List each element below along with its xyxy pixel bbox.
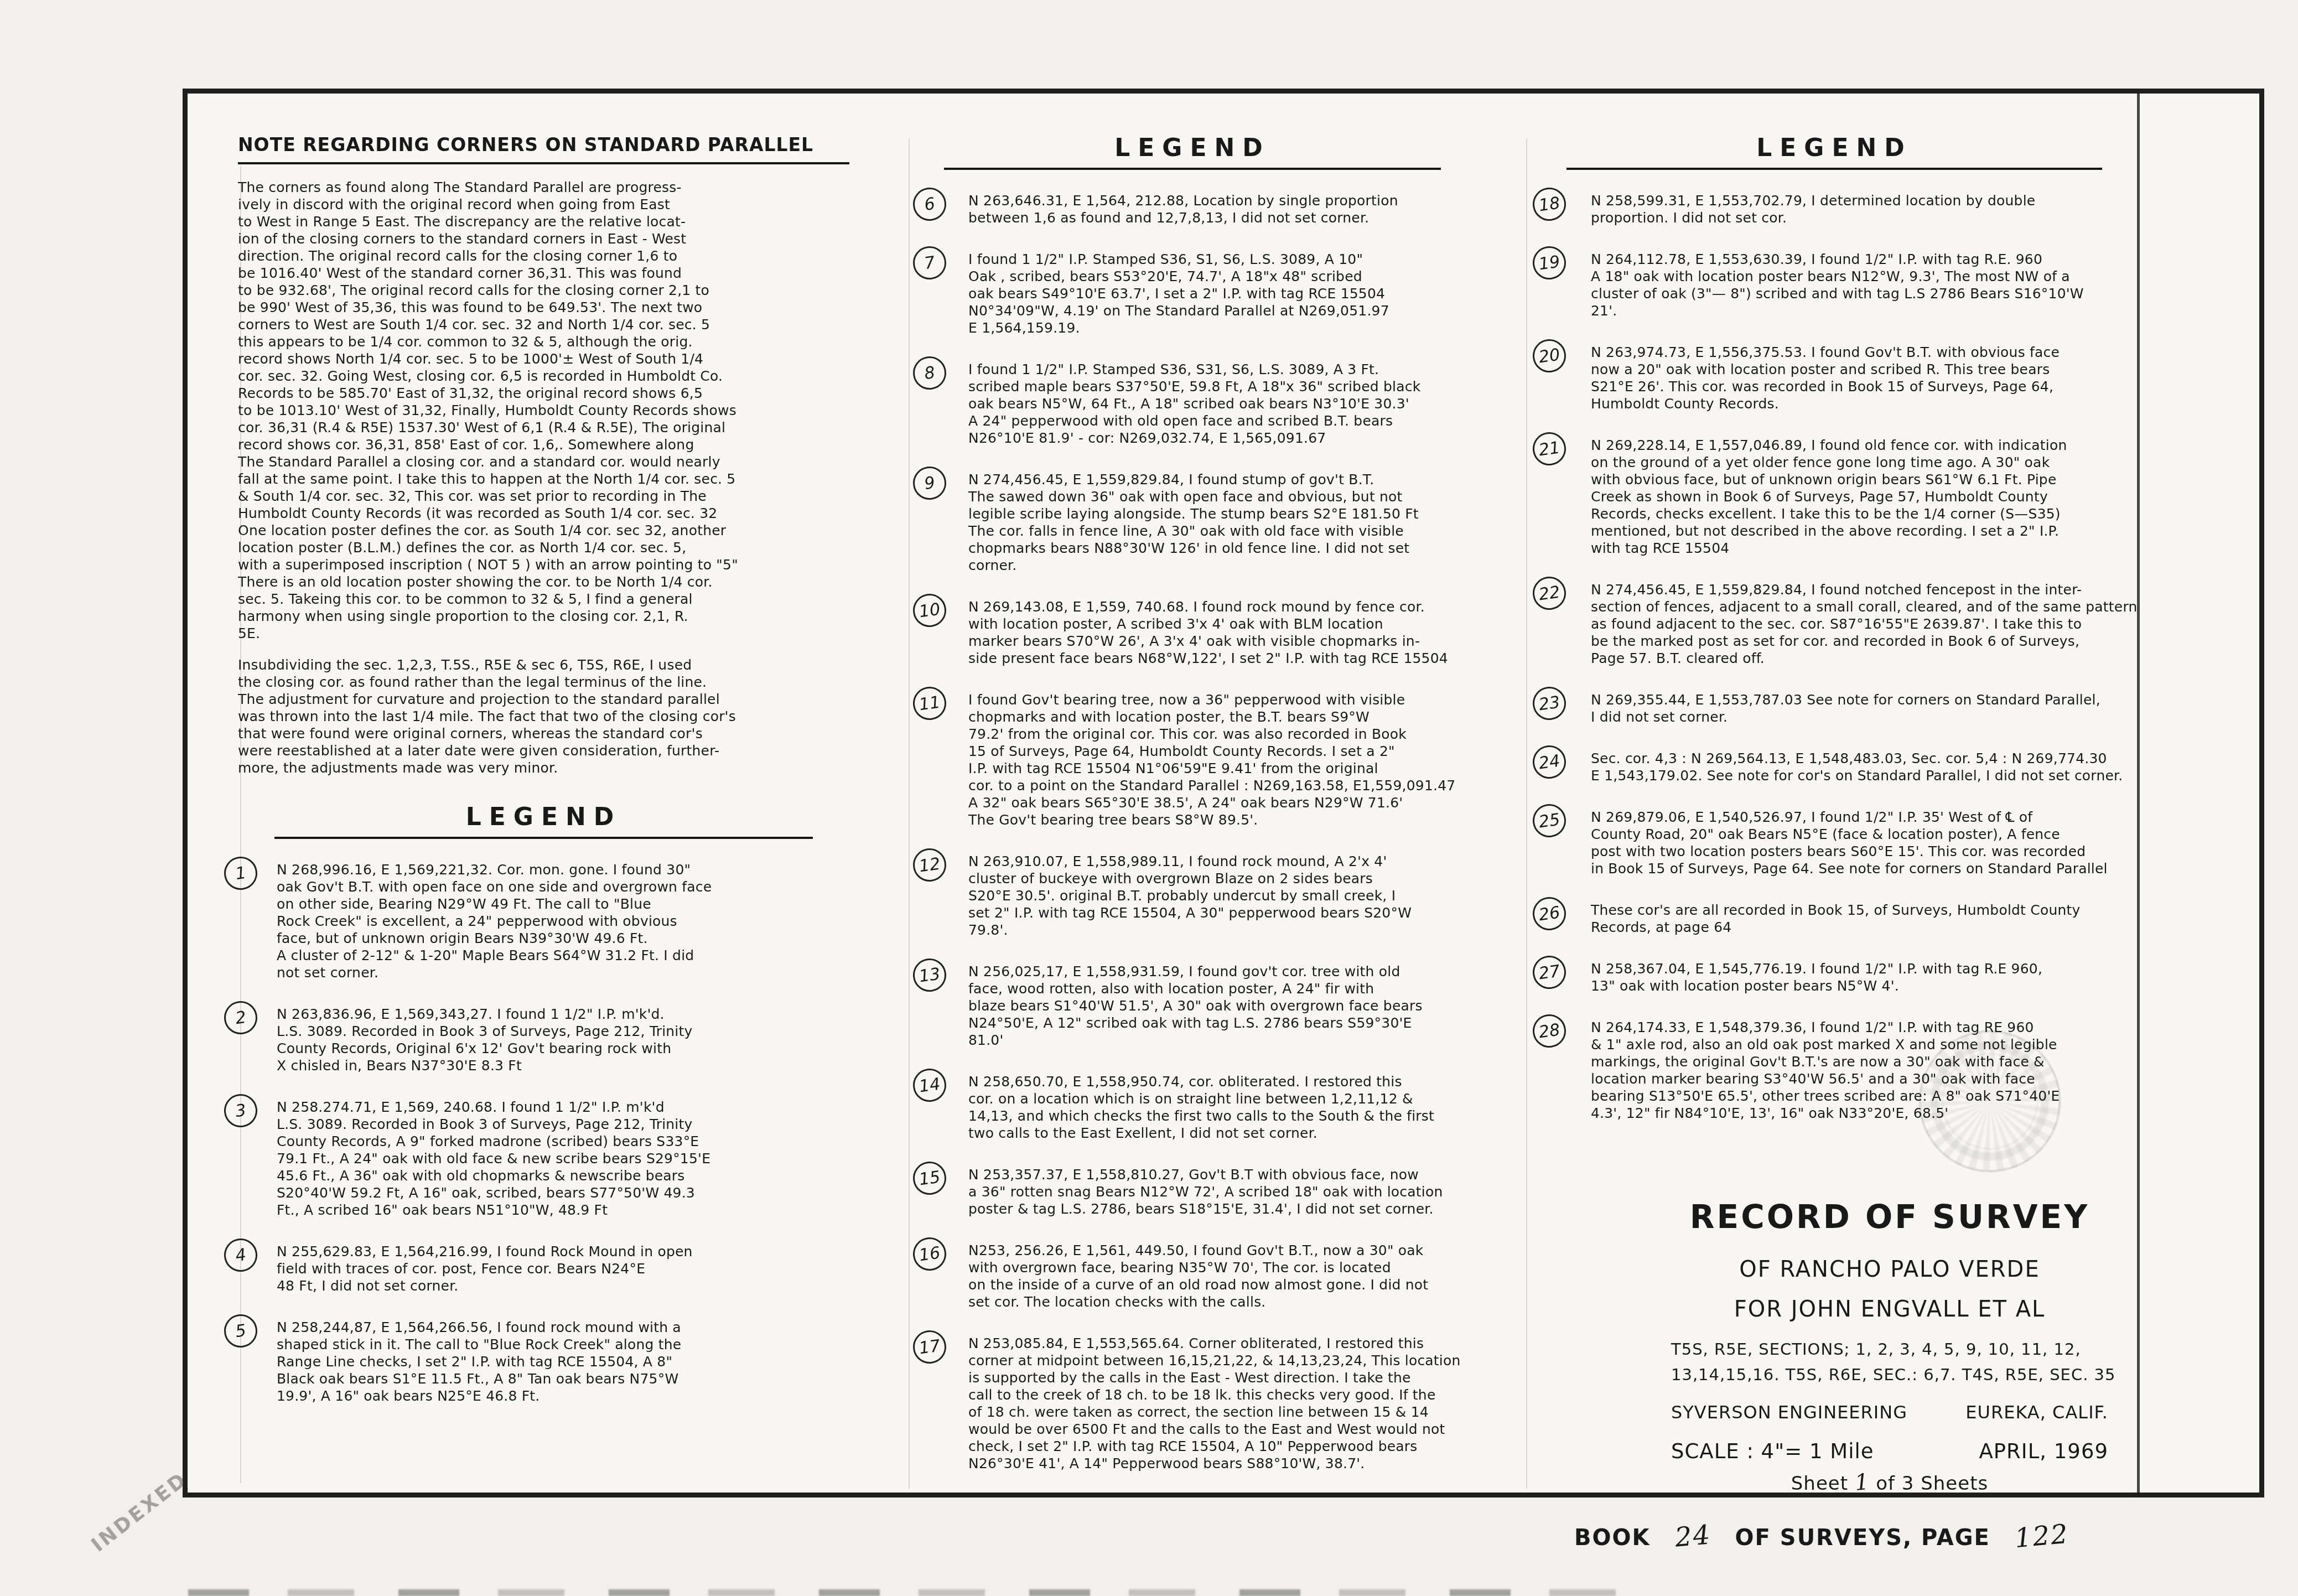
legend-item-text: N253, 256.26, E 1,561, 449.50, I found G…: [968, 1242, 1475, 1310]
text-line: N24°50'E, A 12" scribed oak with tag L.S…: [968, 1014, 1475, 1032]
text-line: N26°10'E 81.9' - cor: N269,032.74, E 1,5…: [968, 429, 1475, 447]
item-number-circle: 16: [911, 1235, 948, 1273]
text-line: post with two location posters bears S60…: [1591, 843, 2139, 860]
text-line: These cor's are all recorded in Book 15,…: [1591, 901, 2139, 919]
legend-item-16: 16N253, 256.26, E 1,561, 449.50, I found…: [968, 1242, 1475, 1310]
left-column: NOTE REGARDING CORNERS ON STANDARD PARAL…: [238, 134, 849, 1429]
text-line: corner.: [968, 557, 1475, 574]
text-line: 21'.: [1591, 302, 2139, 319]
indexed-stamp: INDEXED: [87, 1468, 191, 1557]
legend-item-text: N 263,910.07, E 1,558,989.11, I found ro…: [968, 853, 1475, 939]
text-line: cor. to a point on the Standard Parallel…: [968, 777, 1475, 794]
legend-item-text: N 258,650.70, E 1,558,950.74, cor. oblit…: [968, 1073, 1475, 1142]
text-line: The sawed down 36" oak with open face an…: [968, 488, 1475, 505]
legend-item-2: 2N 263,836.96, E 1,569,343,27. I found 1…: [277, 1006, 849, 1074]
text-line: & South 1/4 cor. sec. 32, This cor. was …: [238, 488, 849, 505]
text-line: 5E.: [238, 625, 849, 642]
legend-item-text: N 263,646.31, E 1,564, 212.88, Location …: [968, 192, 1475, 226]
text-line: N 258,367.04, E 1,545,776.19. I found 1/…: [1591, 960, 2139, 977]
text-line: S20°E 30.5'. original B.T. probably unde…: [968, 887, 1475, 904]
text-line: to be 1013.10' West of 31,32, Finally, H…: [238, 402, 849, 419]
text-line: Rock Creek" is excellent, a 24" pepperwo…: [277, 913, 849, 930]
sections-line-1: T5S, R5E, SECTIONS; 1, 2, 3, 4, 5, 9, 10…: [1671, 1336, 2108, 1362]
text-line: 13" oak with location poster bears N5°W …: [1591, 977, 2139, 994]
legend-item-9: 9N 274,456.45, E 1,559,829.84, I found s…: [968, 471, 1475, 574]
legend-item-text: N 255,629.83, E 1,564,216.99, I found Ro…: [277, 1243, 849, 1294]
text-line: X chisled in, Bears N37°30'E 8.3 Ft: [277, 1057, 849, 1074]
legend-item-8: 8I found 1 1/2" I.P. Stamped S36, S31, S…: [968, 361, 1475, 447]
title-block: RECORD OF SURVEY OF RANCHO PALO VERDE FO…: [1671, 1198, 2108, 1495]
text-line: proportion. I did not set cor.: [1591, 209, 2139, 226]
item-number-circle: 27: [1531, 954, 1568, 991]
text-line: Creek as shown in Book 6 of Surveys, Pag…: [1591, 488, 2139, 505]
text-line: N 269,228.14, E 1,557,046.89, I found ol…: [1591, 437, 2139, 454]
item-number-circle: 26: [1531, 895, 1568, 932]
legend-item-20: 20N 263,974.73, E 1,556,375.53. I found …: [1591, 344, 2139, 412]
legend-item-text: Sec. cor. 4,3 : N 269,564.13, E 1,548,48…: [1591, 750, 2139, 784]
text-line: 48 Ft, I did not set corner.: [277, 1277, 849, 1294]
text-line: N 263,910.07, E 1,558,989.11, I found ro…: [968, 853, 1475, 870]
text-line: 79.1 Ft., A 24" oak with old face & new …: [277, 1150, 849, 1167]
legend-item-12: 12N 263,910.07, E 1,558,989.11, I found …: [968, 853, 1475, 939]
title-subtitle-2: FOR JOHN ENGVALL ET AL: [1671, 1297, 2108, 1322]
text-line: 45.6 Ft., A 36" oak with old chopmarks &…: [277, 1167, 849, 1184]
legend-left-title: LEGEND: [274, 803, 812, 839]
legend-item-text: N 263,836.96, E 1,569,343,27. I found 1 …: [277, 1006, 849, 1074]
book-number-handwritten: 24: [1673, 1519, 1712, 1553]
legend-item-text: N 269,143.08, E 1,559, 740.68. I found r…: [968, 598, 1475, 667]
text-line: N 269,879.06, E 1,540,526.97, I found 1/…: [1591, 809, 2139, 826]
text-line: N253, 256.26, E 1,561, 449.50, I found G…: [968, 1242, 1475, 1259]
text-line: would be over 6500 Ft and the calls to t…: [968, 1421, 1475, 1438]
text-line: N26°30'E 41', A 14" Pepperwood bears S88…: [968, 1455, 1475, 1472]
legend-item-13: 13N 256,025,17, E 1,558,931.59, I found …: [968, 963, 1475, 1049]
firm-city: EUREKA, CALIF.: [1965, 1402, 2108, 1423]
column-guide-line-right: [1526, 138, 1527, 1489]
text-line: field with traces of cor. post, Fence co…: [277, 1260, 849, 1277]
item-number-circle: 17: [911, 1328, 948, 1366]
text-line: harmony when using single proportion to …: [238, 608, 849, 625]
text-line: sec. 5. Takeing this cor. to be common t…: [238, 590, 849, 608]
text-line: corners to West are South 1/4 cor. sec. …: [238, 316, 849, 333]
text-line: N 269,143.08, E 1,559, 740.68. I found r…: [968, 598, 1475, 615]
text-line: Records, checks excellent. I take this t…: [1591, 505, 2139, 522]
text-line: Sec. cor. 4,3 : N 269,564.13, E 1,548,48…: [1591, 750, 2139, 767]
item-number-circle: 7: [911, 244, 948, 282]
text-line: Range Line checks, I set 2" I.P. with ta…: [277, 1353, 849, 1370]
text-line: check, I set 2" I.P. with tag RCE 15504,…: [968, 1438, 1475, 1455]
text-line: to West in Range 5 East. The discrepancy…: [238, 213, 849, 230]
text-line: cluster of oak (3"— 8") scribed and with…: [1591, 285, 2139, 302]
text-line: 14,13, and which checks the first two ca…: [968, 1107, 1475, 1125]
sheet-count-line: Sheet 1 of 3 Sheets: [1671, 1470, 2108, 1495]
text-line: Oak , scribed, bears S53°20'E, 74.7', A …: [968, 268, 1475, 285]
item-number-circle: 21: [1531, 430, 1568, 468]
engineer-seal-stamp: [1919, 1030, 2061, 1172]
legend-item-text: N 258.274.71, E 1,569, 240.68. I found 1…: [277, 1098, 849, 1219]
text-line: A 18" oak with location poster bears N12…: [1591, 268, 2139, 285]
text-line: were reestablished at a later date were …: [238, 742, 849, 759]
text-line: Records to be 585.70' East of 31,32, the…: [238, 385, 849, 402]
item-number-circle: 11: [911, 685, 948, 722]
legend-item-6: 6N 263,646.31, E 1,564, 212.88, Location…: [968, 192, 1475, 226]
text-line: blaze bears S1°40'W 51.5', A 30" oak wit…: [968, 997, 1475, 1014]
text-line: N 264,112.78, E 1,553,630.39, I found 1/…: [1591, 251, 2139, 268]
text-line: Humboldt County Records.: [1591, 395, 2139, 412]
sheet-prefix: Sheet: [1791, 1473, 1848, 1495]
legend-item-7: 7I found 1 1/2" I.P. Stamped S36, S1, S6…: [968, 251, 1475, 336]
text-line: to be 932.68', The original record calls…: [238, 282, 849, 299]
text-line: be 1016.40' West of the standard corner …: [238, 265, 849, 282]
item-number-circle: 28: [1531, 1012, 1568, 1050]
legend-left-list: 1N 268,996.16, E 1,569,221,32. Cor. mon.…: [238, 861, 849, 1405]
text-line: 81.0': [968, 1032, 1475, 1049]
text-line: Black oak bears S1°E 11.5 Ft., A 8" Tan …: [277, 1370, 849, 1387]
item-number-circle: 23: [1531, 685, 1568, 722]
text-line: record shows North 1/4 cor. sec. 5 to be…: [238, 350, 849, 367]
text-line: N 274,456.45, E 1,559,829.84, I found st…: [968, 471, 1475, 488]
record-of-survey-title: RECORD OF SURVEY: [1671, 1198, 2108, 1236]
legend-item-25: 25N 269,879.06, E 1,540,526.97, I found …: [1591, 809, 2139, 877]
middle-column: LEGEND 6N 263,646.31, E 1,564, 212.88, L…: [910, 134, 1475, 1496]
legend-item-11: 11I found Gov't bearing tree, now a 36" …: [968, 691, 1475, 828]
legend-item-3: 3N 258.274.71, E 1,569, 240.68. I found …: [277, 1098, 849, 1219]
firm-name: SYVERSON ENGINEERING: [1671, 1402, 1907, 1423]
text-line: The corners as found along The Standard …: [238, 179, 849, 196]
item-number-circle: 19: [1531, 244, 1568, 282]
text-line: with obvious face, but of unknown origin…: [1591, 471, 2139, 488]
legend-item-text: N 258,244,87, E 1,564,266.56, I found ro…: [277, 1319, 849, 1405]
text-line: cor. 36,31 (R.4 & R5E) 1537.30' West of …: [238, 419, 849, 436]
text-line: is supported by the calls in the East - …: [968, 1369, 1475, 1386]
text-line: The cor. falls in fence line, A 30" oak …: [968, 522, 1475, 540]
text-line: this appears to be 1/4 cor. common to 32…: [238, 333, 849, 350]
legend-item-27: 27N 258,367.04, E 1,545,776.19. I found …: [1591, 960, 2139, 994]
text-line: marker bears S70°W 26', A 3'x 4' oak wit…: [968, 633, 1475, 650]
text-line: Ft., A scribed 16" oak bears N51°10"W, 4…: [277, 1201, 849, 1219]
legend-item-text: N 258,599.31, E 1,553,702.79, I determin…: [1591, 192, 2139, 226]
text-line: N 253,357.37, E 1,558,810.27, Gov't B.T …: [968, 1166, 1475, 1183]
text-line: be the marked post as set for cor. and r…: [1591, 633, 2139, 650]
column-guide-line-middle: [909, 138, 910, 1489]
text-line: location poster (B.L.M.) defines the cor…: [238, 539, 849, 556]
text-line: now a 20" oak with location poster and s…: [1591, 361, 2139, 378]
text-line: E 1,543,179.02. See note for cor's on St…: [1591, 767, 2139, 784]
text-line: There is an old location poster showing …: [238, 573, 849, 590]
legend-item-17: 17N 253,085.84, E 1,553,565.64. Corner o…: [968, 1335, 1475, 1472]
text-line: I found Gov't bearing tree, now a 36" pe…: [968, 691, 1475, 708]
text-line: was thrown into the last 1/4 mile. The f…: [238, 708, 849, 725]
text-line: A cluster of 2-12" & 1-20" Maple Bears S…: [277, 947, 849, 964]
text-line: A 24" pepperwood with old open face and …: [968, 412, 1475, 429]
text-line: cor. on a location which is on straight …: [968, 1090, 1475, 1107]
text-line: & 1" axle rod, also an old oak post mark…: [1591, 1036, 2139, 1053]
sheet-suffix: of 3 Sheets: [1876, 1473, 1988, 1495]
book-page-line: BOOK 24 OF SURVEYS, PAGE 122: [1574, 1521, 2068, 1552]
legend-item-text: N 268,996.16, E 1,569,221,32. Cor. mon. …: [277, 861, 849, 981]
legend-item-text: N 253,085.84, E 1,553,565.64. Corner obl…: [968, 1335, 1475, 1472]
text-line: a 36" rotten snag Bears N12°W 72', A scr…: [968, 1183, 1475, 1200]
text-line: the closing cor. as found rather than th…: [238, 673, 849, 691]
text-line: County Records, Original 6'x 12' Gov't b…: [277, 1040, 849, 1057]
text-line: with tag RCE 15504: [1591, 540, 2139, 557]
text-line: L.S. 3089. Recorded in Book 3 of Surveys…: [277, 1023, 849, 1040]
text-line: N 258,244,87, E 1,564,266.56, I found ro…: [277, 1319, 849, 1336]
book-label: BOOK: [1574, 1525, 1651, 1551]
firm-row: SYVERSON ENGINEERING EUREKA, CALIF.: [1671, 1402, 2108, 1423]
text-line: N 274,456.45, E 1,559,829.84, I found no…: [1591, 581, 2139, 598]
text-line: I found 1 1/2" I.P. Stamped S36, S31, S6…: [968, 361, 1475, 378]
scale-label: SCALE : 4"= 1 Mile: [1671, 1439, 1874, 1463]
item-number-circle: 20: [1531, 337, 1568, 375]
legend-item-19: 19N 264,112.78, E 1,553,630.39, I found …: [1591, 251, 2139, 319]
text-line: between 1,6 as found and 12,7,8,13, I di…: [968, 209, 1475, 226]
text-line: fall at the same point. I take this to h…: [238, 470, 849, 488]
text-line: Records, at page 64: [1591, 919, 2139, 936]
text-line: N 268,996.16, E 1,569,221,32. Cor. mon. …: [277, 861, 849, 878]
item-number-circle: 24: [1531, 743, 1568, 781]
text-line: oak bears S49°10'E 63.7', I set a 2" I.P…: [968, 285, 1475, 302]
text-line: E 1,564,159.19.: [968, 319, 1475, 336]
item-number-circle: 10: [911, 592, 948, 629]
text-line: markings, the original Gov't B.T.'s are …: [1591, 1053, 2139, 1070]
legend-item-text: I found 1 1/2" I.P. Stamped S36, S31, S6…: [968, 361, 1475, 447]
text-line: chopmarks and with location poster, the …: [968, 708, 1475, 726]
legend-right-title: LEGEND: [1566, 134, 2102, 170]
text-line: S20°40'W 59.2 Ft, A 16" oak, scribed, be…: [277, 1184, 849, 1201]
legend-item-text: N 264,112.78, E 1,553,630.39, I found 1/…: [1591, 251, 2139, 319]
text-line: Insubdividing the sec. 1,2,3, T.5S., R5E…: [238, 656, 849, 673]
item-number-circle: 12: [911, 846, 948, 884]
item-number-circle: 15: [911, 1159, 948, 1197]
text-line: One location poster defines the cor. as …: [238, 522, 849, 539]
item-number-circle: 8: [911, 354, 948, 392]
item-number-circle: 6: [911, 185, 948, 223]
text-line: as found adjacent to the sec. cor. S87°1…: [1591, 615, 2139, 633]
item-number-circle: 14: [911, 1066, 948, 1104]
legend-item-18: 18N 258,599.31, E 1,553,702.79, I determ…: [1591, 192, 2139, 226]
legend-item-24: 24Sec. cor. 4,3 : N 269,564.13, E 1,548,…: [1591, 750, 2139, 784]
text-line: be 990' West of 35,36, this was found to…: [238, 299, 849, 316]
text-line: 19.9', A 16" oak bears N25°E 46.8 Ft.: [277, 1387, 849, 1405]
text-line: set 2" I.P. with tag RCE 15504, A 30" pe…: [968, 904, 1475, 921]
legend-item-text: N 274,456.45, E 1,559,829.84, I found no…: [1591, 581, 2139, 667]
text-line: I did not set corner.: [1591, 708, 2139, 726]
text-line: more, the adjustments made was very mino…: [238, 759, 849, 776]
text-line: of 18 ch. were taken as correct, the sec…: [968, 1403, 1475, 1421]
text-line: in Book 15 of Surveys, Page 64. See note…: [1591, 860, 2139, 877]
legend-item-text: These cor's are all recorded in Book 15,…: [1591, 901, 2139, 936]
text-line: face, but of unknown origin Bears N39°30…: [277, 930, 849, 947]
text-line: The Gov't bearing tree bears S8°W 89.5'.: [968, 811, 1475, 828]
text-line: oak Gov't B.T. with open face on one sid…: [277, 878, 849, 895]
legend-item-5: 5N 258,244,87, E 1,564,266.56, I found r…: [277, 1319, 849, 1405]
text-line: I found 1 1/2" I.P. Stamped S36, S1, S6,…: [968, 251, 1475, 268]
legend-item-15: 15N 253,357.37, E 1,558,810.27, Gov't B.…: [968, 1166, 1475, 1217]
text-line: not set corner.: [277, 964, 849, 981]
text-line: County Road, 20" oak Bears N5°E (face & …: [1591, 826, 2139, 843]
surveys-page-label: OF SURVEYS, PAGE: [1735, 1525, 1990, 1551]
title-subtitle-1: OF RANCHO PALO VERDE: [1671, 1257, 2108, 1282]
sheet-number-handwritten: 1: [1854, 1469, 1870, 1496]
legend-right-list: 18N 258,599.31, E 1,553,702.79, I determ…: [1530, 192, 2139, 1122]
legend-item-text: N 253,357.37, E 1,558,810.27, Gov't B.T …: [968, 1166, 1475, 1217]
text-line: side present face bears N68°W,122', I se…: [968, 650, 1475, 667]
text-line: mentioned, but not described in the abov…: [1591, 522, 2139, 540]
legend-item-21: 21N 269,228.14, E 1,557,046.89, I found …: [1591, 437, 2139, 557]
text-line: N 255,629.83, E 1,564,216.99, I found Ro…: [277, 1243, 849, 1260]
text-line: cor. sec. 32. Going West, closing cor. 6…: [238, 367, 849, 385]
legend-item-1: 1N 268,996.16, E 1,569,221,32. Cor. mon.…: [277, 861, 849, 981]
text-line: N 258.274.71, E 1,569, 240.68. I found 1…: [277, 1098, 849, 1116]
date-label: APRIL, 1969: [1979, 1439, 2108, 1463]
text-line: N 264,174.33, E 1,548,379.36, I found 1/…: [1591, 1019, 2139, 1036]
text-line: 15 of Surveys, Page 64, Humboldt County …: [968, 743, 1475, 760]
text-line: The adjustment for curvature and project…: [238, 691, 849, 708]
text-line: N 258,650.70, E 1,558,950.74, cor. oblit…: [968, 1073, 1475, 1090]
item-number-circle: 22: [1531, 574, 1568, 612]
text-line: N 263,974.73, E 1,556,375.53. I found Go…: [1591, 344, 2139, 361]
text-line: L.S. 3089. Recorded in Book 3 of Surveys…: [277, 1116, 849, 1133]
scale-row: SCALE : 4"= 1 Mile APRIL, 1969: [1671, 1439, 2108, 1463]
text-line: N 256,025,17, E 1,558,931.59, I found go…: [968, 963, 1475, 980]
legend-item-14: 14N 258,650.70, E 1,558,950.74, cor. obl…: [968, 1073, 1475, 1142]
legend-item-text: N 263,974.73, E 1,556,375.53. I found Go…: [1591, 344, 2139, 412]
text-line: The Standard Parallel a closing cor. and…: [238, 453, 849, 470]
page-number-handwritten: 122: [2014, 1519, 2070, 1554]
sections-line-2: 13,14,15,16. T5S, R6E, SEC.: 6,7. T4S, R…: [1671, 1362, 2108, 1387]
text-line: N 253,085.84, E 1,553,565.64. Corner obl…: [968, 1335, 1475, 1352]
text-line: legible scribe laying alongside. The stu…: [968, 505, 1475, 522]
text-line: ively in discord with the original recor…: [238, 196, 849, 213]
legend-item-26: 26These cor's are all recorded in Book 1…: [1591, 901, 2139, 936]
scanned-survey-page: NOTE REGARDING CORNERS ON STANDARD PARAL…: [0, 0, 2298, 1596]
text-line: two calls to the East Exellent, I did no…: [968, 1125, 1475, 1142]
text-line: with a superimposed inscription ( NOT 5 …: [238, 556, 849, 573]
legend-item-text: N 269,879.06, E 1,540,526.97, I found 1/…: [1591, 809, 2139, 877]
scan-edge-artifact: [188, 1589, 1627, 1596]
text-line: scribed maple bears S37°50'E, 59.8 Ft, A…: [968, 378, 1475, 395]
note-title: NOTE REGARDING CORNERS ON STANDARD PARAL…: [238, 134, 849, 164]
text-line: 79.2' from the original cor. This cor. w…: [968, 726, 1475, 743]
text-line: County Records, A 9" forked madrone (scr…: [277, 1133, 849, 1150]
note-paragraph-1: The corners as found along The Standard …: [238, 179, 849, 642]
text-line: on the ground of a yet older fence gone …: [1591, 454, 2139, 471]
text-line: Humboldt County Records (it was recorded…: [238, 505, 849, 522]
text-line: N 258,599.31, E 1,553,702.79, I determin…: [1591, 192, 2139, 209]
text-line: face, wood rotten, also with location po…: [968, 980, 1475, 997]
text-line: set cor. The location checks with the ca…: [968, 1293, 1475, 1310]
text-line: with overgrown face, bearing N35°W 70', …: [968, 1259, 1475, 1276]
legend-item-10: 10N 269,143.08, E 1,559, 740.68. I found…: [968, 598, 1475, 667]
right-column: LEGEND 18N 258,599.31, E 1,553,702.79, I…: [1530, 134, 2139, 1146]
text-line: that were found were original corners, w…: [238, 725, 849, 742]
text-line: cluster of buckeye with overgrown Blaze …: [968, 870, 1475, 887]
item-number-circle: 9: [911, 464, 948, 502]
legend-item-text: N 258,367.04, E 1,545,776.19. I found 1/…: [1591, 960, 2139, 994]
legend-middle-title: LEGEND: [944, 134, 1441, 170]
text-line: on other side, Bearing N29°W 49 Ft. The …: [277, 895, 849, 913]
text-line: on the inside of a curve of an old road …: [968, 1276, 1475, 1293]
note-paragraph-2: Insubdividing the sec. 1,2,3, T.5S., R5E…: [238, 656, 849, 776]
legend-item-23: 23N 269,355.44, E 1,553,787.03 See note …: [1591, 691, 2139, 726]
legend-item-text: I found Gov't bearing tree, now a 36" pe…: [968, 691, 1475, 828]
text-line: call to the creek of 18 ch. to be 18 lk.…: [968, 1386, 1475, 1403]
text-line: section of fences, adjacent to a small c…: [1591, 598, 2139, 615]
text-line: chopmarks bears N88°30'W 126' in old fen…: [968, 540, 1475, 557]
legend-middle-list: 6N 263,646.31, E 1,564, 212.88, Location…: [910, 192, 1475, 1472]
legend-item-text: I found 1 1/2" I.P. Stamped S36, S1, S6,…: [968, 251, 1475, 336]
item-number-circle: 25: [1531, 802, 1568, 840]
text-line: with location poster, A scribed 3'x 4' o…: [968, 615, 1475, 633]
text-line: N0°34'09"W, 4.19' on The Standard Parall…: [968, 302, 1475, 319]
text-line: poster & tag L.S. 2786, bears S18°15'E, …: [968, 1200, 1475, 1217]
legend-item-text: N 274,456.45, E 1,559,829.84, I found st…: [968, 471, 1475, 574]
text-line: S21°E 26'. This cor. was recorded in Boo…: [1591, 378, 2139, 395]
text-line: A 32" oak bears S65°30'E 38.5', A 24" oa…: [968, 794, 1475, 811]
text-line: direction. The original record calls for…: [238, 247, 849, 265]
text-line: corner at midpoint between 16,15,21,22, …: [968, 1352, 1475, 1369]
text-line: N 263,646.31, E 1,564, 212.88, Location …: [968, 192, 1475, 209]
text-line: I.P. with tag RCE 15504 N1°06'59"E 9.41'…: [968, 760, 1475, 777]
text-line: Page 57. B.T. cleared off.: [1591, 650, 2139, 667]
text-line: ion of the closing corners to the standa…: [238, 230, 849, 247]
legend-item-4: 4N 255,629.83, E 1,564,216.99, I found R…: [277, 1243, 849, 1294]
text-line: 79.8'.: [968, 921, 1475, 939]
text-line: oak bears N5°W, 64 Ft., A 18" scribed oa…: [968, 395, 1475, 412]
item-number-circle: 13: [911, 956, 948, 994]
text-line: record shows cor. 36,31, 858' East of co…: [238, 436, 849, 453]
item-number-circle: 18: [1531, 185, 1568, 223]
legend-item-22: 22N 274,456.45, E 1,559,829.84, I found …: [1591, 581, 2139, 667]
legend-item-text: N 269,228.14, E 1,557,046.89, I found ol…: [1591, 437, 2139, 557]
text-line: N 263,836.96, E 1,569,343,27. I found 1 …: [277, 1006, 849, 1023]
text-line: N 269,355.44, E 1,553,787.03 See note fo…: [1591, 691, 2139, 708]
text-line: shaped stick in it. The call to "Blue Ro…: [277, 1336, 849, 1353]
legend-item-text: N 256,025,17, E 1,558,931.59, I found go…: [968, 963, 1475, 1049]
legend-item-text: N 269,355.44, E 1,553,787.03 See note fo…: [1591, 691, 2139, 726]
